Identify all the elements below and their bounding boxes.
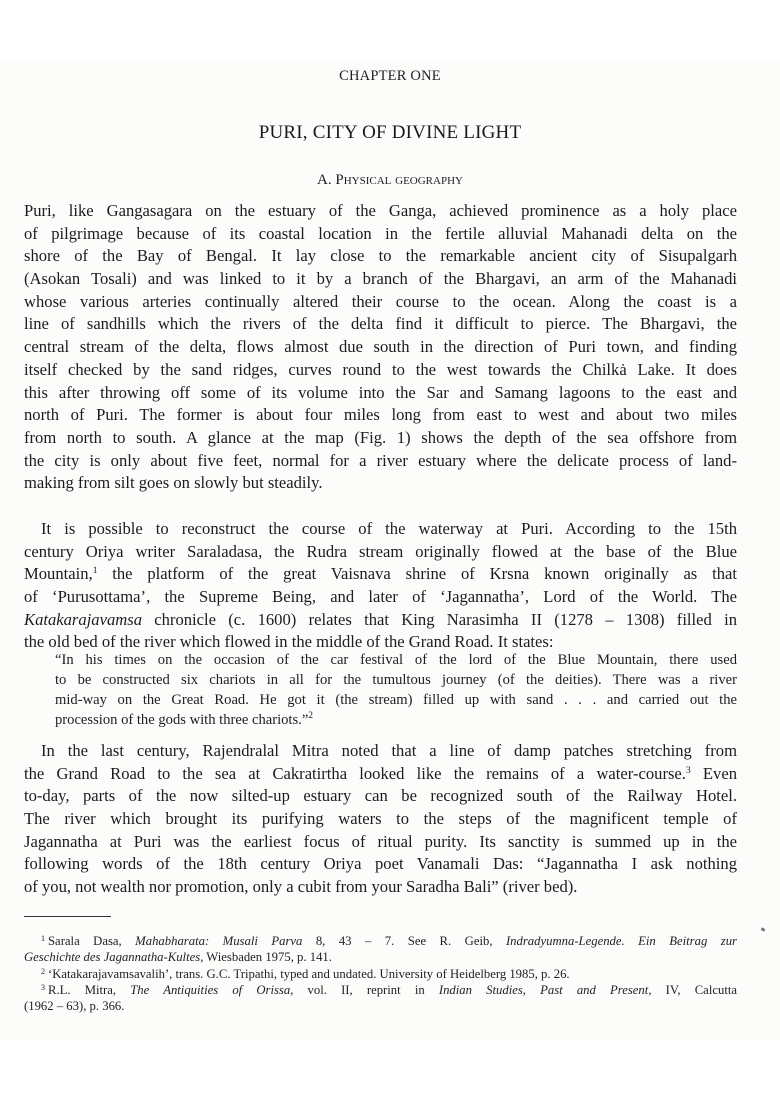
paragraph-rajendralal-mitra: In the last century, Rajendralal Mitra n… <box>24 740 737 899</box>
footnote-1-continued: Geschichte des Jagannatha-Kultes, Wiesba… <box>24 949 737 965</box>
text-run: Sarala Dasa, <box>48 934 135 948</box>
text-line: the city is only about five feet, normal… <box>24 450 737 473</box>
text-line: Jagannatha at Puri was the earliest focu… <box>24 831 737 854</box>
section-prefix: A. <box>317 172 335 188</box>
text-run: R.L. Mitra, <box>48 983 130 997</box>
section-heading: A. Physical geography <box>0 172 780 189</box>
footnote-ref-2[interactable]: 2 <box>308 711 313 721</box>
footnotes: 1Sarala Dasa, Mahabharata: Musali Parva … <box>24 933 737 1014</box>
text-run: , vol. II, reprint in <box>290 983 439 997</box>
text-line: to-day, parts of the now silted-up estua… <box>24 785 737 808</box>
text-run: chronicle (c. 1600) relates that King Na… <box>142 610 737 629</box>
quote-line: procession of the gods with three chario… <box>55 710 737 730</box>
text-line: from north to south. A glance at the map… <box>24 427 737 450</box>
footnote-divider <box>24 916 111 917</box>
text-line: of pilgrimage because of its coastal loc… <box>24 223 737 246</box>
footnote-number: 1 <box>41 934 45 943</box>
footnote-2: 2‘Katakarajavamsavalih’, trans. G.C. Tri… <box>24 966 737 982</box>
quote-line: “In his times on the occasion of the car… <box>55 650 737 670</box>
text-line: The river which brought its purifying wa… <box>24 808 737 831</box>
text-run: 8, 43 – 7. See R. Geib, <box>302 934 506 948</box>
text-line: central stream of the delta, flows almos… <box>24 336 737 359</box>
italic-title: Katakarajavamsa <box>24 610 142 629</box>
block-quote: “In his times on the occasion of the car… <box>55 650 737 730</box>
text-line: Katakarajavamsa chronicle (c. 1600) rela… <box>24 609 737 632</box>
italic-title: Indian Studies, Past and Present <box>439 983 648 997</box>
footnote-3: 3R.L. Mitra, The Antiquities of Orissa, … <box>24 982 737 998</box>
text-line: It is possible to reconstruct the course… <box>24 518 737 541</box>
text-run: the platform of the great Vaisnava shrin… <box>97 564 737 583</box>
text-line: making from silt goes on slowly but stea… <box>24 472 737 495</box>
quote-line: mid-way on the Great Road. He got it (th… <box>55 690 737 710</box>
text-line: shore of the Bay of Bengal. It lay close… <box>24 245 737 268</box>
text-line: this after throwing off some of its volu… <box>24 382 737 405</box>
text-line: (Asokan Tosali) and was linked to it by … <box>24 268 737 291</box>
italic-title: Geschichte des Jagannatha-Kultes <box>24 950 200 964</box>
text-line: whose various arteries continually alter… <box>24 291 737 314</box>
text-run: , IV, Calcutta <box>648 983 737 997</box>
footnote-number: 2 <box>41 967 45 976</box>
text-run: , Wiesbaden 1975, p. 141. <box>200 950 332 964</box>
italic-title: Mahabharata: Musali Parva <box>135 934 302 948</box>
footnote-number: 3 <box>41 983 45 992</box>
text-line: itself checked by the sand ridges, curve… <box>24 359 737 382</box>
text-line: following words of the 18th century Oriy… <box>24 853 737 876</box>
italic-title: The Antiquities of Orissa <box>130 983 290 997</box>
text-run: the Grand Road to the sea at Cakratirtha… <box>24 764 686 783</box>
footnote-1: 1Sarala Dasa, Mahabharata: Musali Parva … <box>24 933 737 949</box>
text-run: ‘Katakarajavamsavalih’, trans. G.C. Trip… <box>48 967 570 981</box>
text-run: procession of the gods with three chario… <box>55 712 308 728</box>
paragraph-waterway: It is possible to reconstruct the course… <box>24 518 737 654</box>
text-run: Even <box>691 764 737 783</box>
text-line: line of sandhills which the rivers of th… <box>24 313 737 336</box>
text-line: In the last century, Rajendralal Mitra n… <box>24 740 737 763</box>
footnote-3-continued: (1962 – 63), p. 366. <box>24 998 737 1014</box>
italic-title: Indradyumna-Legende. Ein Beitrag zur <box>506 934 737 948</box>
paragraph-physical-geography: Puri, like Gangasagara on the estuary of… <box>24 200 737 495</box>
text-line: Puri, like Gangasagara on the estuary of… <box>24 200 737 223</box>
text-line: century Oriya writer Saraladasa, the Rud… <box>24 541 737 564</box>
quote-line: to be constructed six chariots in all fo… <box>55 670 737 690</box>
section-title: Physical geography <box>335 172 463 188</box>
text-line: of you, not wealth nor promotion, only a… <box>24 876 737 899</box>
chapter-label: CHAPTER ONE <box>0 68 780 85</box>
text-line: Mountain,1 the platform of the great Vai… <box>24 563 737 586</box>
text-run: Mountain, <box>24 564 93 583</box>
chapter-title: PURI, CITY OF DIVINE LIGHT <box>0 122 780 144</box>
text-line: the Grand Road to the sea at Cakratirtha… <box>24 763 737 786</box>
text-line: of ‘Purusottama’, the Supreme Being, and… <box>24 586 737 609</box>
text-line: north of Puri. The former is about four … <box>24 404 737 427</box>
